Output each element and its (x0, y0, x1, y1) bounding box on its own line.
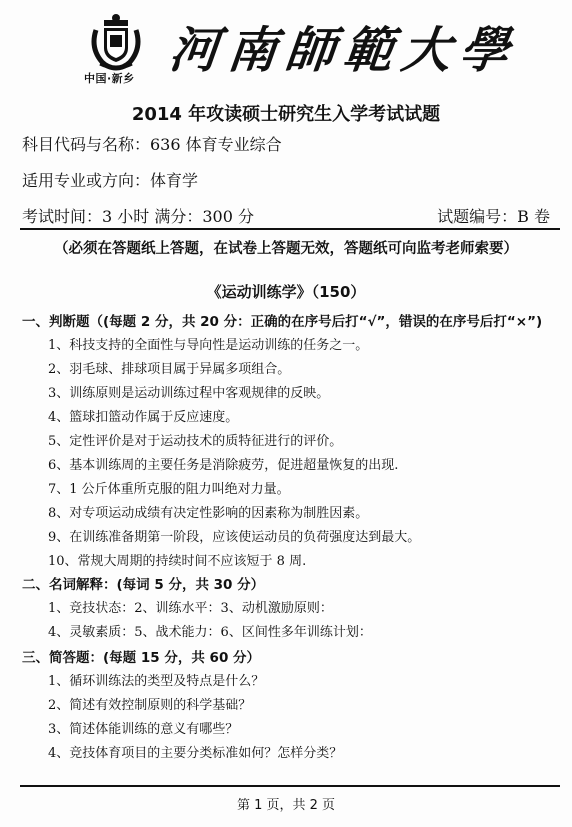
question-item: 7、1 公斤体重所克服的阻力叫绝对力量。 (48, 478, 290, 497)
exam-time-line: 考试时间：3 小时 满分：300 分 (22, 204, 254, 227)
question-item: 4、竞技体育项目的主要分类标准如何？怎样分类？ (48, 742, 342, 761)
major-line: 适用专业或方向：体育学 (22, 168, 198, 191)
question-item: 4、灵敏素质：5、战术能力：6、区间性多年训练计划： (48, 621, 372, 640)
question-item: 8、对专项运动成绩有决定性影响的因素称为制胜因素。 (48, 502, 368, 521)
section-heading-2: 二、名词解释：(每词 5 分，共 30 分） (22, 573, 264, 593)
question-item: 9、在训练准备期第一阶段，应该使运动员的负荷强度达到最大。 (48, 526, 420, 545)
answer-notice: （必须在答题纸上答题，在试卷上答题无效，答题纸可向监考老师索要） (0, 237, 572, 258)
logo-caption: 中国·新乡 (84, 70, 135, 86)
subject-line: 科目代码与名称：636 体育专业综合 (22, 132, 282, 155)
page-number: 第 1 页，共 2 页 (0, 794, 572, 813)
question-item: 2、简述有效控制原则的科学基础？ (48, 694, 251, 713)
question-item: 3、简述体能训练的意义有哪些？ (48, 718, 238, 737)
section-heading-3: 三、简答题：(每题 15 分，共 60 分） (22, 646, 260, 666)
question-item: 6、基本训练周的主要任务是消除疲劳，促进超量恢复的出现. (48, 454, 398, 473)
question-item: 1、循环训练法的类型及特点是什么？ (48, 670, 264, 689)
question-item: 1、竞技状态：2、训练水平：3、动机激励原则： (48, 597, 333, 616)
section-heading-1: 一、判断题（(每题 2 分，共 20 分：正确的在序号后打“√”，错误的在序号后… (22, 310, 542, 330)
emblem-icon (86, 10, 146, 72)
question-item: 2、羽毛球、排球项目属于异属多项组合。 (48, 358, 290, 377)
paper-code: 试题编号：B 卷 (437, 204, 550, 227)
question-item: 3、训练原则是运动训练过程中客观规律的反映。 (48, 382, 329, 401)
question-item: 5、定性评价是对于运动技术的质特征进行的评价。 (48, 430, 342, 449)
book-title: 《运动训练学》（150） (0, 281, 572, 302)
header-divider (20, 228, 560, 230)
question-item: 10、常规大周期的持续时间不应该短于 8 周. (48, 550, 306, 569)
exam-title: 2014 年攻读硕士研究生入学考试试题 (0, 100, 572, 126)
question-item: 1、科技支持的全面性与导向性是运动训练的任务之一。 (48, 334, 368, 353)
university-name: 河南師範大學 (166, 12, 521, 82)
question-item: 4、篮球扣篮动作属于反应速度。 (48, 406, 238, 425)
footer-divider (20, 785, 560, 787)
